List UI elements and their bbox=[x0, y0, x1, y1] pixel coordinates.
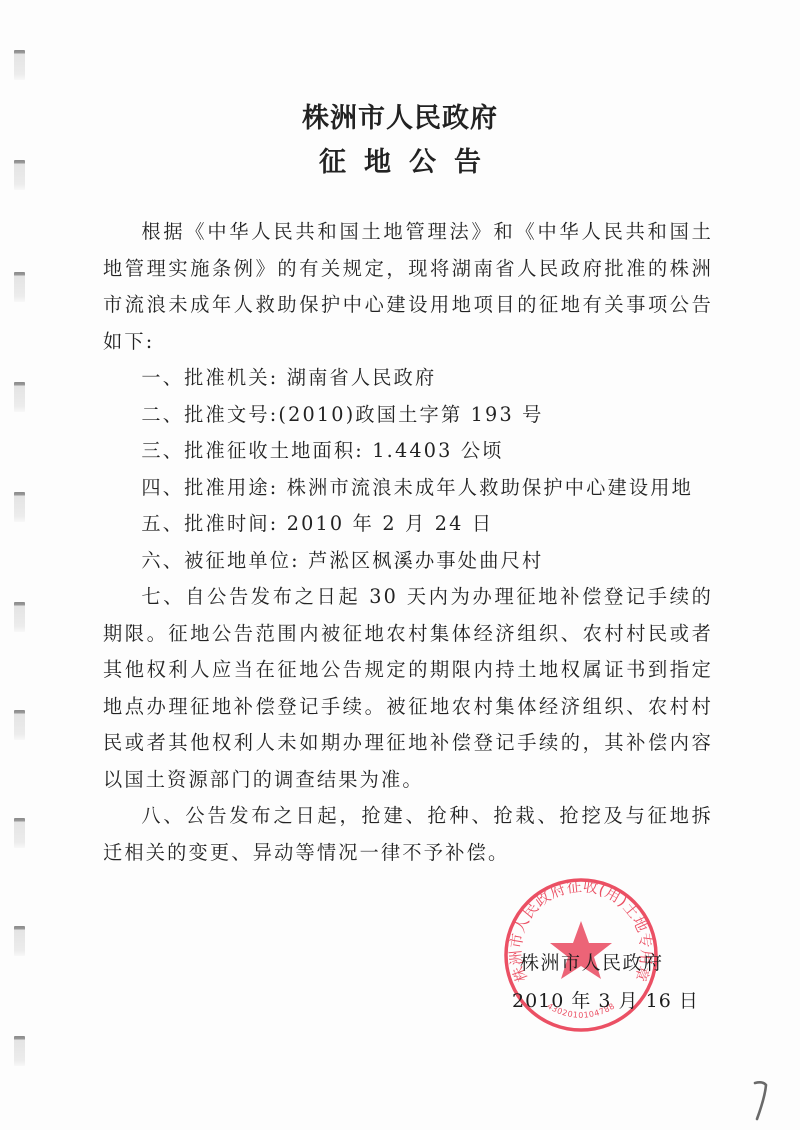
item-label: 一、批准机关: bbox=[141, 366, 278, 389]
document-page: 株洲市人民政府 征地公告 根据《中华人民共和国土地管理法》和《中华人民共和国土地… bbox=[0, 0, 800, 1130]
item-value: 株洲市流浪未成年人救助保护中心建设用地 bbox=[287, 476, 693, 499]
item-approved-use: 四、批准用途: 株洲市流浪未成年人救助保护中心建设用地 bbox=[103, 470, 713, 507]
paragraph-eight: 八、公告发布之日起，抢建、抢种、抢栽、抢挖及与征地拆迁相关的变更、异动等情况一律… bbox=[103, 798, 713, 871]
item-approval-authority: 一、批准机关: 湖南省人民政府 bbox=[103, 360, 713, 397]
paragraph-seven: 七、自公告发布之日起 30 天内为办理征地补偿登记手续的期限。征地公告范围内被征… bbox=[103, 579, 713, 798]
item-label: 四、批准用途: bbox=[141, 476, 278, 499]
binding-hole-mark bbox=[14, 50, 25, 80]
item-approval-number: 二、批准文号:(2010)政国土字第 193 号 bbox=[103, 397, 713, 434]
intro-paragraph: 根据《中华人民共和国土地管理法》和《中华人民共和国土地管理实施条例》的有关规定，… bbox=[103, 214, 713, 360]
item-value: (2010)政国土字第 193 号 bbox=[278, 403, 543, 426]
binding-hole-mark bbox=[14, 710, 25, 740]
signature-organization: 株洲市人民政府 bbox=[520, 948, 750, 975]
item-label: 二、批准文号: bbox=[141, 403, 278, 426]
binding-hole-mark bbox=[14, 492, 25, 522]
item-value: 湖南省人民政府 bbox=[287, 366, 437, 389]
binding-hole-mark bbox=[14, 602, 25, 632]
binding-hole-mark bbox=[14, 272, 25, 302]
binding-hole-mark bbox=[14, 818, 25, 848]
item-value: 芦淞区枫溪办事处曲尺村 bbox=[308, 549, 543, 572]
item-affected-unit: 六、被征地单位: 芦淞区枫溪办事处曲尺村 bbox=[103, 543, 713, 580]
signature-date: 2010 年 3 月 16 日 bbox=[512, 986, 742, 1013]
document-body: 根据《中华人民共和国土地管理法》和《中华人民共和国土地管理实施条例》的有关规定，… bbox=[103, 214, 713, 871]
item-value: 1.4403 公顷 bbox=[372, 439, 503, 462]
item-land-area: 三、批准征收土地面积: 1.4403 公顷 bbox=[103, 433, 713, 470]
item-value: 2010 年 2 月 24 日 bbox=[287, 512, 494, 535]
handwritten-page-number bbox=[745, 1075, 775, 1125]
item-label: 五、批准时间: bbox=[141, 512, 278, 535]
document-title: 株洲市人民政府 bbox=[0, 96, 800, 135]
binding-hole-mark bbox=[14, 1036, 25, 1066]
item-label: 六、被征地单位: bbox=[141, 549, 299, 572]
document-subtitle: 征地公告 bbox=[0, 140, 800, 179]
item-approval-date: 五、批准时间: 2010 年 2 月 24 日 bbox=[103, 506, 713, 543]
binding-hole-mark bbox=[14, 926, 25, 956]
item-label: 三、批准征收土地面积: bbox=[141, 439, 364, 462]
binding-hole-mark bbox=[14, 382, 25, 412]
